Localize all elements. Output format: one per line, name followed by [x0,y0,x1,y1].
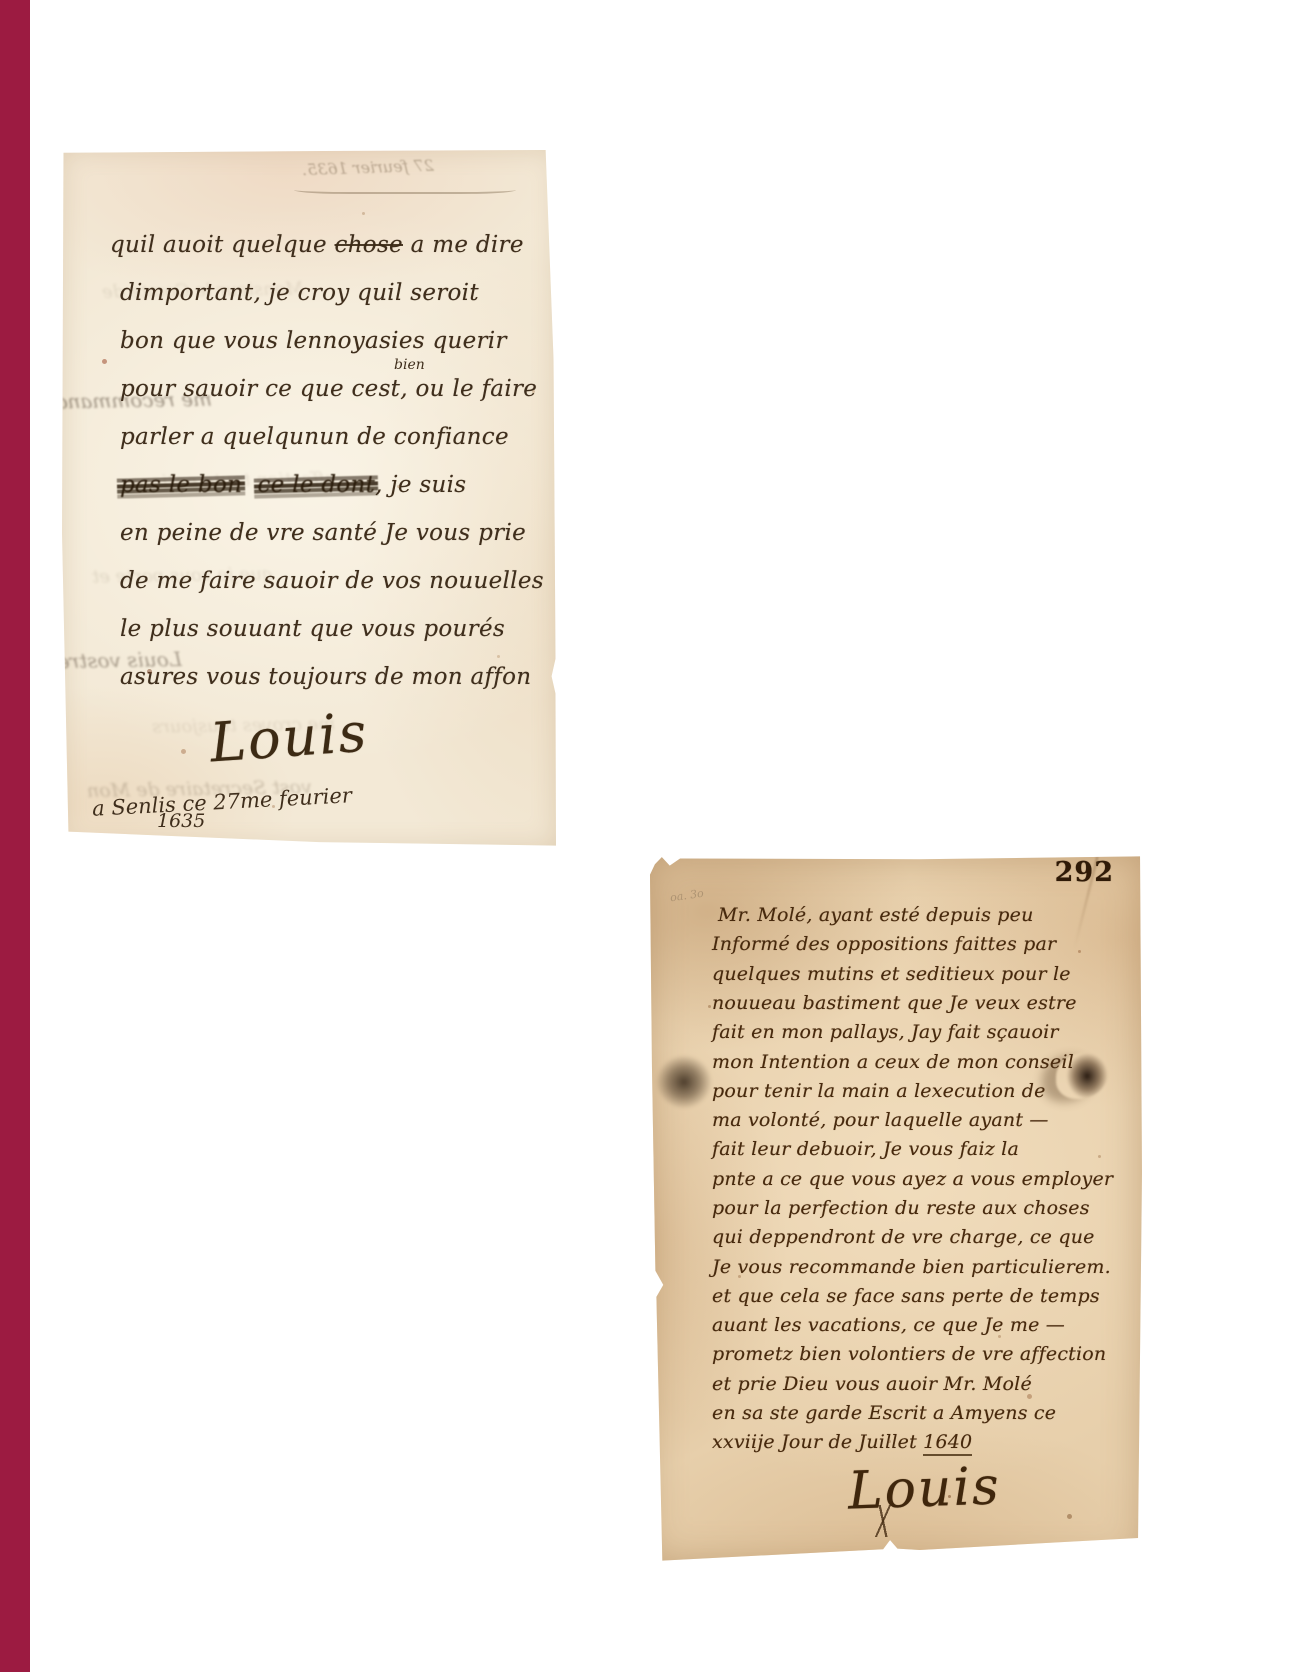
manuscript-line: prometz bien volontiers de vre affection [712,1343,1106,1365]
manuscript-line: fait leur debuoir, Je vous faiz la [712,1138,1019,1160]
letter-1635-sheet: Monsieur le Comte de me recommande a vou… [62,150,556,847]
scribbled-out-words: pas le bon [120,472,242,498]
line-fragment: , je suis [375,472,466,498]
paraph-flourish [872,1505,894,1537]
manuscript-line: en sa ste garde Escrit a Amyens ce [712,1402,1056,1424]
line-fragment: xxviije Jour de Juillet [712,1431,923,1453]
foxing-specks [62,150,65,153]
manuscript-line: xxviije Jour de Juillet 1640 [712,1431,972,1453]
manuscript-line: pour sauoir ce que cest, ou le faire [120,376,537,402]
manuscript-line: le plus souuant que vous pourés [120,616,505,642]
manuscript-line: de me faire sauoir de vos nouuelles [120,568,544,594]
manuscript-line: pour tenir la main a lexecution de [712,1080,1046,1102]
louis-signature: Louis [847,1456,1002,1521]
ink-blot-right [1056,1053,1108,1099]
page-number: 292 [1055,857,1114,888]
pencil-corner-note: oa. 3o [669,887,704,905]
line-fragment: quil auoit quelque [110,232,335,258]
manuscript-line: dimportant, je croy quil seroit [120,280,479,306]
manuscript-line: pour la perfection du reste aux choses [712,1197,1090,1219]
manuscript-line-crossed-out: pas le bon ce le dont, je suis [120,472,466,498]
manuscript-line: fait en mon pallays, Jay fait sçauoir [712,1021,1059,1043]
pencil-underline [294,186,516,194]
manuscript-line: ma volonté, pour laquelle ayant — [712,1109,1049,1131]
foxing-specks [648,855,651,858]
manuscript-line: nouueau bastiment que Je veux estre [712,992,1077,1014]
manuscript-line: qui deppendront de vre charge, ce que [712,1226,1095,1248]
manuscript-line: Mr. Molé, ayant esté depuis peu [718,904,1034,926]
underlined-year-1640: 1640 [923,1431,972,1456]
manuscript-line: en peine de vre santé Je vous prie [120,520,526,546]
manuscript-line: quelques mutins et seditieux pour le [712,963,1071,985]
letter-1640-sheet: 292 oa. 3o Mr. Molé, ayant esté depuis p… [648,855,1142,1562]
interlinear-insertion: bien [394,357,425,373]
manuscript-line: parler a quelqunun de confiance [120,424,509,450]
struck-word: chose [335,232,403,258]
manuscript-line: Informé des oppositions faittes par [712,933,1056,955]
ink-blot-left [656,1055,712,1109]
accent-bar [0,0,30,1672]
pencil-inscription: 27 feurier 1635. [302,156,435,180]
manuscript-line: et prie Dieu vous auoir Mr. Molé [712,1373,1032,1395]
manuscript-line: bon que vous lennoyasies querir [120,328,507,354]
manuscript-line: quil auoit quelque chose a me dire [110,232,524,258]
manuscript-line: pnte a ce que vous ayez a vous employer [712,1168,1113,1190]
line-fragment: a me dire [403,232,524,258]
manuscript-line: Je vous recommande bien particulierem. [712,1256,1111,1278]
manuscript-line: auant les vacations, ce que Je me — [712,1314,1065,1336]
manuscript-line: mon Intention a ceux de mon conseil [712,1051,1074,1073]
manuscript-line: et que cela se face sans perte de temps [712,1285,1100,1307]
year-1635: 1635 [157,810,205,832]
louis-signature: Louis [208,701,370,775]
scribbled-out-words: ce le dont [257,472,375,498]
manuscript-line: asures vous toujours de mon affon [120,664,531,690]
